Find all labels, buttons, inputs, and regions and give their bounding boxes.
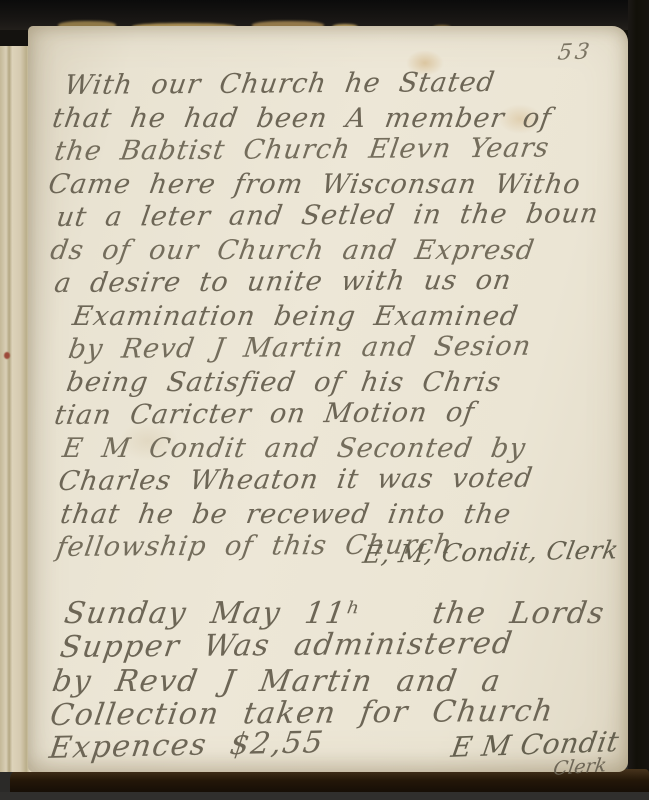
handwriting-line: Collection taken for Church [48, 693, 629, 732]
record-entry-lords-supper: Sunday May 11ʰ the Lords Supper Was admi… [48, 596, 623, 732]
expense-amount-text: Expences $2,55 [47, 725, 326, 766]
handwriting-line: ut a leter and Setled in the boun [54, 198, 628, 235]
expense-and-signature-row: Expences $2,55 E M Condit [50, 728, 618, 763]
record-entry-membership: With our Church he Stated that he had be… [44, 70, 622, 565]
handwriting-line: With our Church he Stated [62, 66, 628, 103]
handwriting-line: that he be recewed into the [58, 499, 627, 532]
stack-speck [4, 352, 10, 359]
handwriting-line: Supper Was administered [58, 625, 629, 664]
handwriting-line: a desire to unite with us on [52, 264, 628, 301]
book-photo: 53 With our Church he Stated that he had… [0, 0, 649, 800]
handwriting-line: ds of our Church and Expresd [48, 235, 627, 268]
clerk-signature: E, M, Condit, Clerk [315, 535, 621, 569]
handwriting-line: Examination being Examined [70, 301, 627, 334]
page-number: 53 [556, 39, 594, 65]
handwriting-line: tian Caricter on Motion of [52, 396, 628, 433]
handwriting-line: by Revd J Martin and Sesion [66, 330, 628, 367]
handwriting-line: E M Condit and Seconted by [60, 433, 627, 466]
table-surface-shadow [0, 792, 649, 800]
handwriting-line: Came here from Wisconsan Witho [46, 169, 627, 202]
handwriting-line: Charles Wheaton it was voted [56, 462, 628, 499]
handwriting-line: that he had been A member of [50, 103, 627, 136]
book-cover-right-edge [628, 0, 649, 800]
handwriting-line: the Babtist Church Elevn Years [52, 132, 628, 169]
notebook-page: 53 With our Church he Stated that he had… [28, 26, 628, 772]
handwriting-line: being Satisfied of his Chris [64, 367, 627, 400]
